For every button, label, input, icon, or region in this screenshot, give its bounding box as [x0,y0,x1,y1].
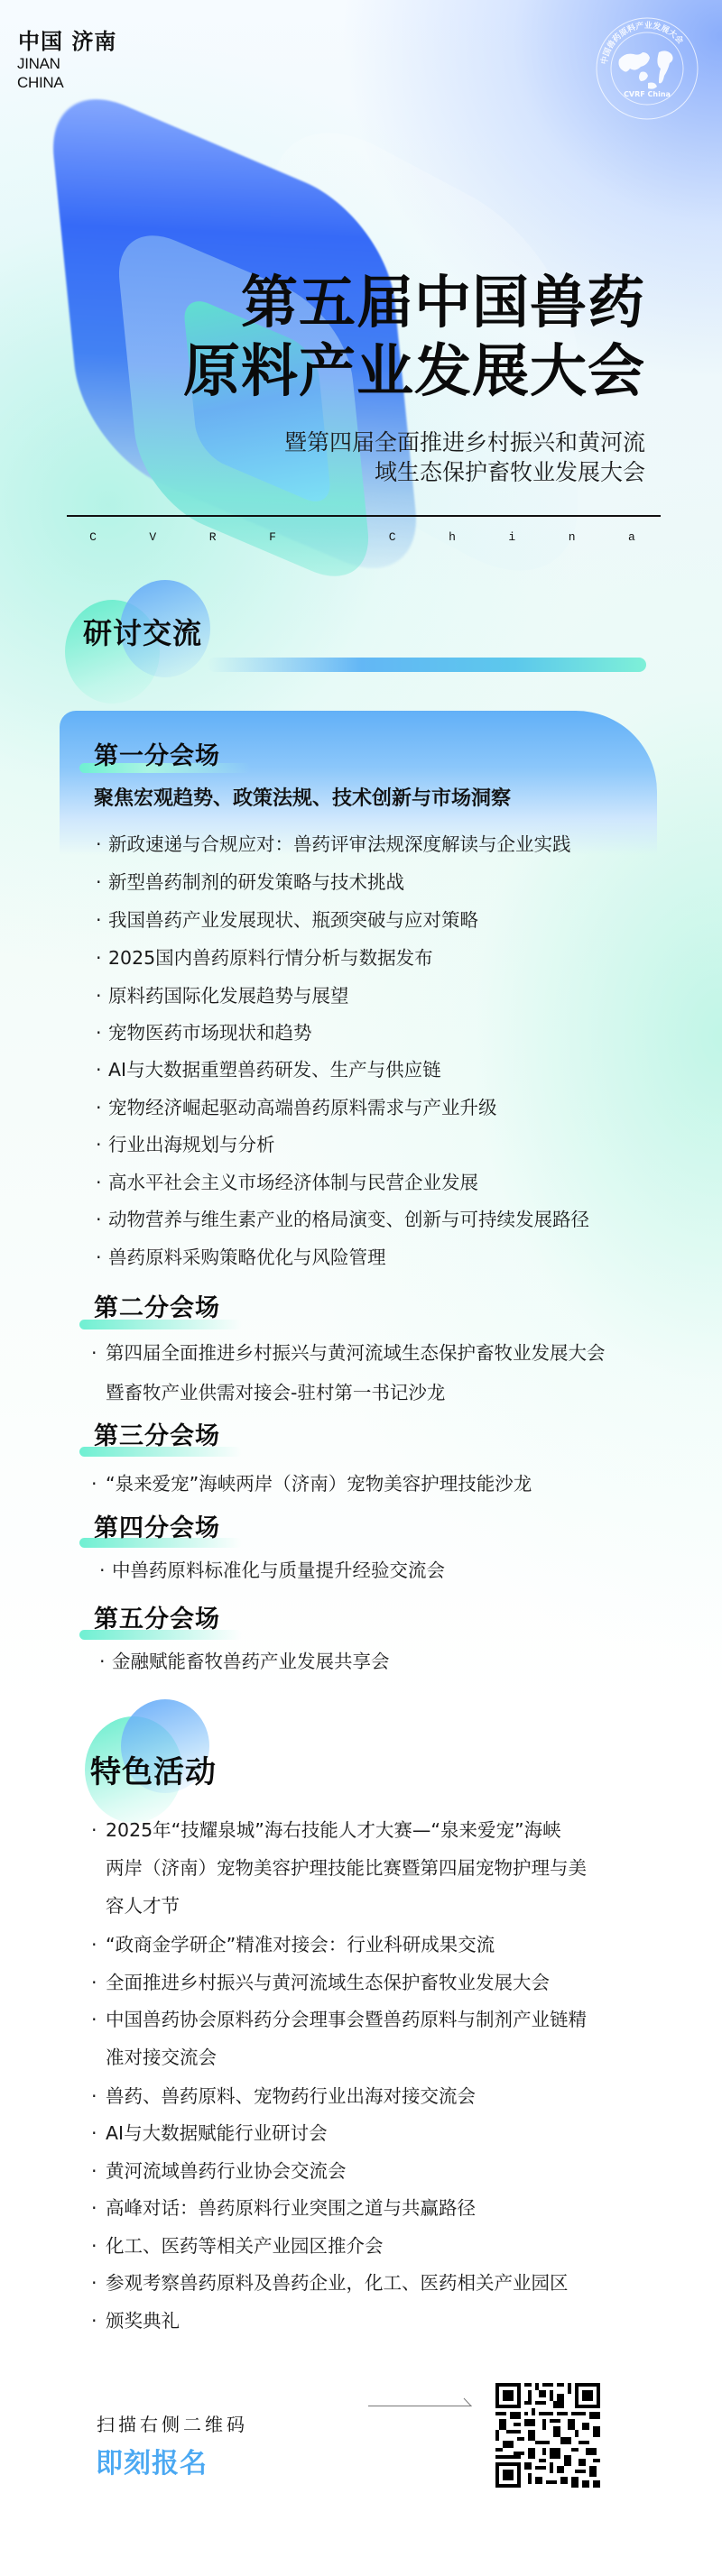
list-item: ·“泉来爱宠”海峡两岸（济南）宠物美容护理技能沙龙 [91,1471,532,1496]
bullet: · [91,2121,106,2146]
svg-text:CVRF China: CVRF China [624,90,671,98]
qr-code-icon[interactable] [495,2383,600,2488]
list-item: ·金融赋能畜牧兽药产业发展共享会 [99,1649,390,1674]
list-item-text: 我国兽药产业发展现状、瓶颈突破与应对策略 [108,909,478,931]
bullet: · [96,1170,108,1195]
list-item-continuation: 准对接交流会 [106,2045,217,2070]
list-item: ·新政速递与合规应对：兽药评审法规深度解读与企业实践 [96,832,571,857]
list-item-text: “政商金学研企”精准对接会：行业科研成果交流 [106,1934,495,1955]
venue-title-4: 第四分会场 [94,1508,220,1543]
world-map-icon: 中国兽药原料产业发展大会 CVRF China [594,13,700,124]
tagline-letter: F [266,530,279,544]
list-item: ·高峰对话：兽药原料行业突围之道与共赢路径 [91,2195,476,2221]
list-item-text: 高水平社会主义市场经济体制与民营企业发展 [108,1172,478,1193]
bullet: · [91,2158,106,2184]
bullet: · [96,1207,108,1232]
venue-focus: 聚焦宏观趋势、政策法规、技术创新与市场洞察 [94,783,511,811]
list-item-text: 中兽药原料标准化与质量提升经验交流会 [112,1559,445,1581]
location-en-line1: JINAN [17,54,63,73]
scan-instruction: 扫描右侧二维码 [97,2410,248,2436]
list-item-text: 兽药原料采购策略优化与风险管理 [108,1247,386,1268]
list-item-text: 宠物经济崛起驱动高端兽药原料需求与产业升级 [108,1097,497,1118]
tagline-letter: C [87,530,99,544]
hero-title-line2: 原料产业发展大会 [183,337,645,406]
bullet: · [96,907,108,933]
bullet: · [91,2308,106,2333]
bullet: · [96,869,108,895]
tagline-letter: R [207,530,219,544]
list-item: ·2025国内兽药原料行情分析与数据发布 [96,945,433,971]
bullet: · [96,1245,108,1270]
list-item: ·宠物经济崛起驱动高端兽药原料需求与产业升级 [96,1095,497,1120]
bullet: · [96,832,108,857]
tagline-letter: n [566,530,579,544]
list-item: ·我国兽药产业发展现状、瓶颈突破与应对策略 [96,907,478,933]
bullet: · [96,1132,108,1157]
bullet: · [96,945,108,971]
venue-title-1: 第一分会场 [94,736,220,771]
list-item-text: 动物营养与维生素产业的格局演变、创新与可持续发展路径 [108,1209,589,1230]
list-item: ·“政商金学研企”精准对接会：行业科研成果交流 [91,1932,495,1957]
event-logo: 中国兽药原料产业发展大会 CVRF China [594,13,700,124]
list-item-text: “泉来爱宠”海峡两岸（济南）宠物美容护理技能沙龙 [106,1473,532,1495]
signup-link[interactable]: 即刻报名 [96,2441,208,2480]
location-en: JINAN CHINA [17,54,63,92]
location-en-line2: CHINA [17,73,63,92]
list-item-continuation: 容人才节 [106,1893,180,1918]
list-item: ·动物营养与维生素产业的格局演变、创新与可持续发展路径 [96,1207,589,1232]
list-item-text: 参观考察兽药原料及兽药企业，化工、医药相关产业园区 [106,2272,569,2294]
list-item-text: 化工、医药等相关产业园区推介会 [106,2235,384,2257]
hero-title-line1: 第五届中国兽药 [241,269,645,337]
list-item-text: 颁奖典礼 [106,2310,180,2332]
bullet: · [91,1817,106,1843]
bullet: · [91,2195,106,2221]
location-cn: 中国 济南 [18,23,116,55]
list-item-continuation: 暨畜牧产业供需对接会-驻村第一书记沙龙 [106,1380,445,1405]
venue-title-5: 第五分会场 [94,1599,220,1634]
tagline-letter: h [446,530,458,544]
hero-divider [67,515,661,517]
list-item: ·全面推进乡村振兴与黄河流域生态保护畜牧业发展大会 [91,1970,550,1995]
list-item: ·宠物医药市场现状和趋势 [96,1020,312,1045]
list-item: ·高水平社会主义市场经济体制与民营企业发展 [96,1170,478,1195]
tagline-letter: V [146,530,159,544]
list-item: ·AI与大数据重塑兽药研发、生产与供应链 [96,1057,441,1082]
bullet: · [91,2233,106,2259]
bullet: · [91,1970,106,1995]
list-item-text: 黄河流域兽药行业协会交流会 [106,2160,347,2182]
section-gradient-bar [208,658,646,672]
tagline-space [326,530,338,544]
list-item: ·黄河流域兽药行业协会交流会 [91,2158,347,2184]
list-item-text: 行业出海规划与分析 [108,1134,275,1155]
list-item: ·参观考察兽药原料及兽药企业，化工、医药相关产业园区 [91,2270,569,2295]
list-item-text: 2025国内兽药原料行情分析与数据发布 [108,947,433,969]
list-item-text: AI与大数据赋能行业研讨会 [106,2122,328,2144]
list-item-text: AI与大数据重塑兽药研发、生产与供应链 [108,1059,441,1081]
bullet: · [96,1020,108,1045]
tagline-cvrf-china: C V R F C h i n a [67,530,661,544]
list-item: ·兽药原料采购策略优化与风险管理 [96,1245,386,1270]
list-item: ·颁奖典礼 [91,2308,180,2333]
list-item-text: 金融赋能畜牧兽药产业发展共享会 [112,1651,390,1672]
list-item: ·中兽药原料标准化与质量提升经验交流会 [99,1558,445,1583]
list-item-text: 新型兽药制剂的研发策略与技术挑战 [108,871,404,893]
list-item: ·第四届全面推进乡村振兴与黄河流域生态保护畜牧业发展大会 [91,1340,606,1366]
list-item-text: 原料药国际化发展趋势与展望 [108,985,349,1007]
arrow-right-icon [368,2397,473,2408]
list-item-text: 2025年“技耀泉城”海右技能人才大赛—“泉来爱宠”海峡 [106,1819,561,1841]
list-item-text: 宠物医药市场现状和趋势 [108,1022,312,1044]
list-item: ·AI与大数据赋能行业研讨会 [91,2121,328,2146]
list-item: ·中国兽药协会原料药分会理事会暨兽药原料与制剂产业链精 [91,2007,587,2032]
bullet: · [91,2084,106,2109]
tagline-letter: C [386,530,399,544]
hero-subtitle-line1: 暨第四届全面推进乡村振兴和黄河流 [284,428,645,457]
list-item: ·化工、医药等相关产业园区推介会 [91,2233,384,2259]
list-item-text: 全面推进乡村振兴与黄河流域生态保护畜牧业发展大会 [106,1972,550,1993]
list-item: ·原料药国际化发展趋势与展望 [96,983,349,1008]
bullet: · [91,1471,106,1496]
list-item: ·新型兽药制剂的研发策略与技术挑战 [96,869,404,895]
bullet: · [99,1649,112,1674]
bullet: · [91,1932,106,1957]
hero-subtitle-line2: 域生态保护畜牧业发展大会 [375,457,645,487]
bullet: · [91,2270,106,2295]
section-title-seminar: 研讨交流 [83,611,202,652]
bullet: · [91,2007,106,2032]
tagline-letter: a [625,530,638,544]
bullet: · [96,983,108,1008]
list-item: ·兽药、兽药原料、宠物药行业出海对接交流会 [91,2084,476,2109]
bullet: · [99,1558,112,1583]
bullet: · [91,1340,106,1366]
list-item-continuation: 两岸（济南）宠物美容护理技能比赛暨第四届宠物护理与美 [106,1855,587,1881]
section-title-activities: 特色活动 [90,1747,217,1791]
list-item-text: 新政速递与合规应对：兽药评审法规深度解读与企业实践 [108,833,571,855]
list-item-text: 兽药、兽药原料、宠物药行业出海对接交流会 [106,2085,476,2107]
tagline-letter: i [505,530,518,544]
bullet: · [96,1057,108,1082]
list-item-text: 第四届全面推进乡村振兴与黄河流域生态保护畜牧业发展大会 [106,1342,606,1364]
list-item-text: 高峰对话：兽药原料行业突围之道与共赢路径 [106,2197,476,2219]
list-item: ·行业出海规划与分析 [96,1132,275,1157]
bullet: · [96,1095,108,1120]
venue-title-2: 第二分会场 [94,1288,220,1323]
list-item: ·2025年“技耀泉城”海右技能人才大赛—“泉来爱宠”海峡 [91,1817,561,1843]
list-item-text: 中国兽药协会原料药分会理事会暨兽药原料与制剂产业链精 [106,2009,587,2030]
venue-title-3: 第三分会场 [94,1416,220,1451]
